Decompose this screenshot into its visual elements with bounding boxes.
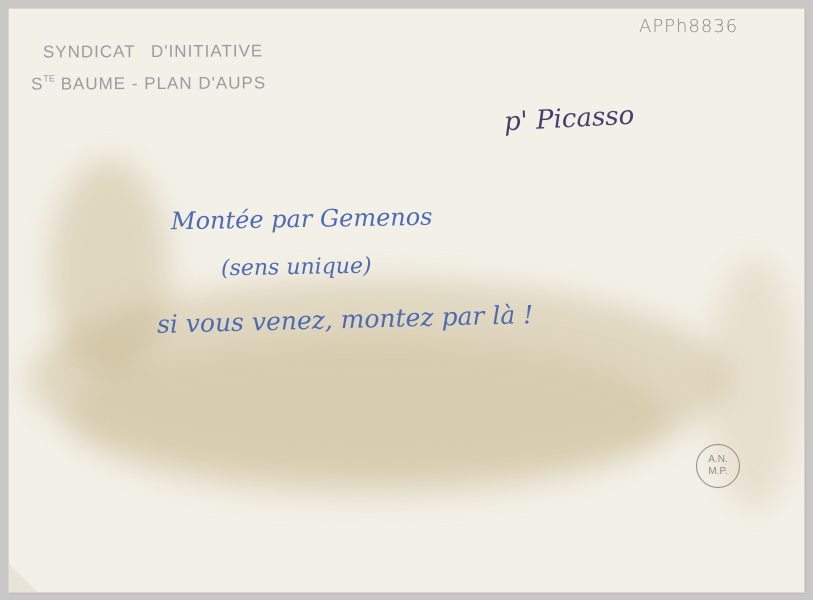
water-stain [49, 159, 169, 379]
stamp-rest: BAUME - PLAN D'AUPS [55, 73, 266, 93]
collection-stamp-icon: A.N. M.P. [696, 444, 740, 488]
folded-corner [9, 564, 37, 592]
stamp-line-2: STE BAUME - PLAN D'AUPS [31, 64, 266, 97]
note-line-1: Montée par Gemenos [171, 203, 433, 236]
picasso-annotation: p' Picasso [503, 101, 635, 138]
stamp-prefix: S [31, 75, 43, 94]
seal-line-2: M.P. [708, 466, 727, 478]
reference-number: APPh8836 [639, 16, 738, 37]
stamp-superscript: TE [43, 73, 55, 83]
note-line-2: (sens unique) [221, 254, 372, 282]
seal-line-1: A.N. [708, 454, 727, 466]
organization-stamp: SYNDICAT D'INITIATIVE STE BAUME - PLAN D… [31, 38, 266, 97]
photo-verso: SYNDICAT D'INITIATIVE STE BAUME - PLAN D… [9, 9, 804, 592]
water-stain [69, 339, 669, 499]
stamp-line-1: SYNDICAT D'INITIATIVE [31, 38, 266, 65]
